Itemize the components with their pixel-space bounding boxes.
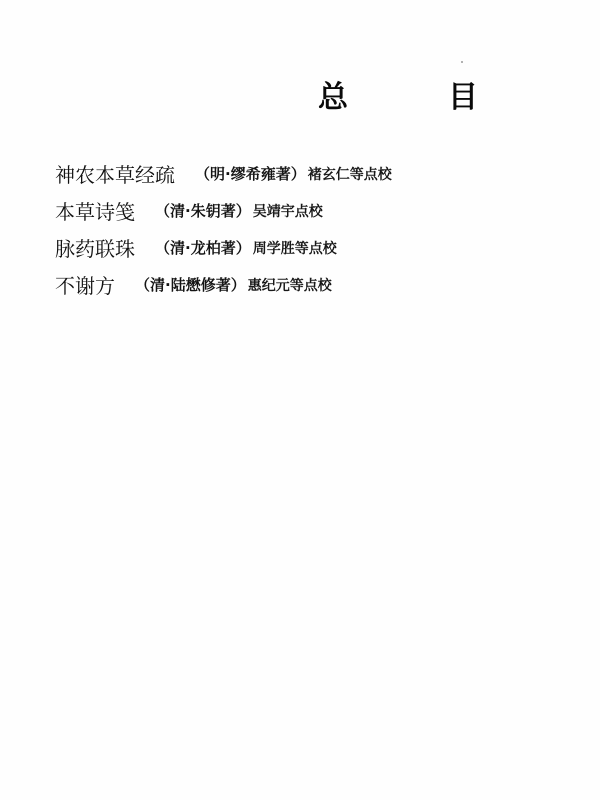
page-title-char-2: 目 [448, 78, 478, 118]
editor-note: 吴靖宇点校 [253, 201, 323, 221]
editor-note: 褚玄仁等点校 [308, 164, 392, 184]
book-title: 神农本草经疏 [55, 159, 175, 188]
toc-entry: 神农本草经疏 （明·缪希雍著） 褚玄仁等点校 [55, 155, 555, 192]
editor-note: 周学胜等点校 [253, 238, 337, 258]
toc-entry: 脉药联珠 （清·龙柏著） 周学胜等点校 [55, 229, 555, 266]
book-title: 本草诗笺 [55, 196, 135, 225]
page-title: 总 目 [318, 78, 478, 118]
author-note: （清·陆懋修著） [135, 274, 246, 295]
author-note: （明·缪希雍著） [195, 163, 306, 184]
document-page: 总 目 神农本草经疏 （明·缪希雍著） 褚玄仁等点校 本草诗笺 （清·朱钥著） … [0, 0, 600, 800]
table-of-contents: 神农本草经疏 （明·缪希雍著） 褚玄仁等点校 本草诗笺 （清·朱钥著） 吴靖宇点… [55, 155, 555, 303]
book-title: 脉药联珠 [55, 233, 135, 262]
page-title-char-1: 总 [318, 78, 348, 118]
editor-note: 惠纪元等点校 [248, 275, 332, 295]
author-note: （清·龙柏著） [155, 237, 251, 258]
author-note: （清·朱钥著） [155, 200, 251, 221]
scan-speck [461, 61, 463, 63]
toc-entry: 不谢方 （清·陆懋修著） 惠纪元等点校 [55, 266, 555, 303]
book-title: 不谢方 [55, 270, 115, 299]
toc-entry: 本草诗笺 （清·朱钥著） 吴靖宇点校 [55, 192, 555, 229]
